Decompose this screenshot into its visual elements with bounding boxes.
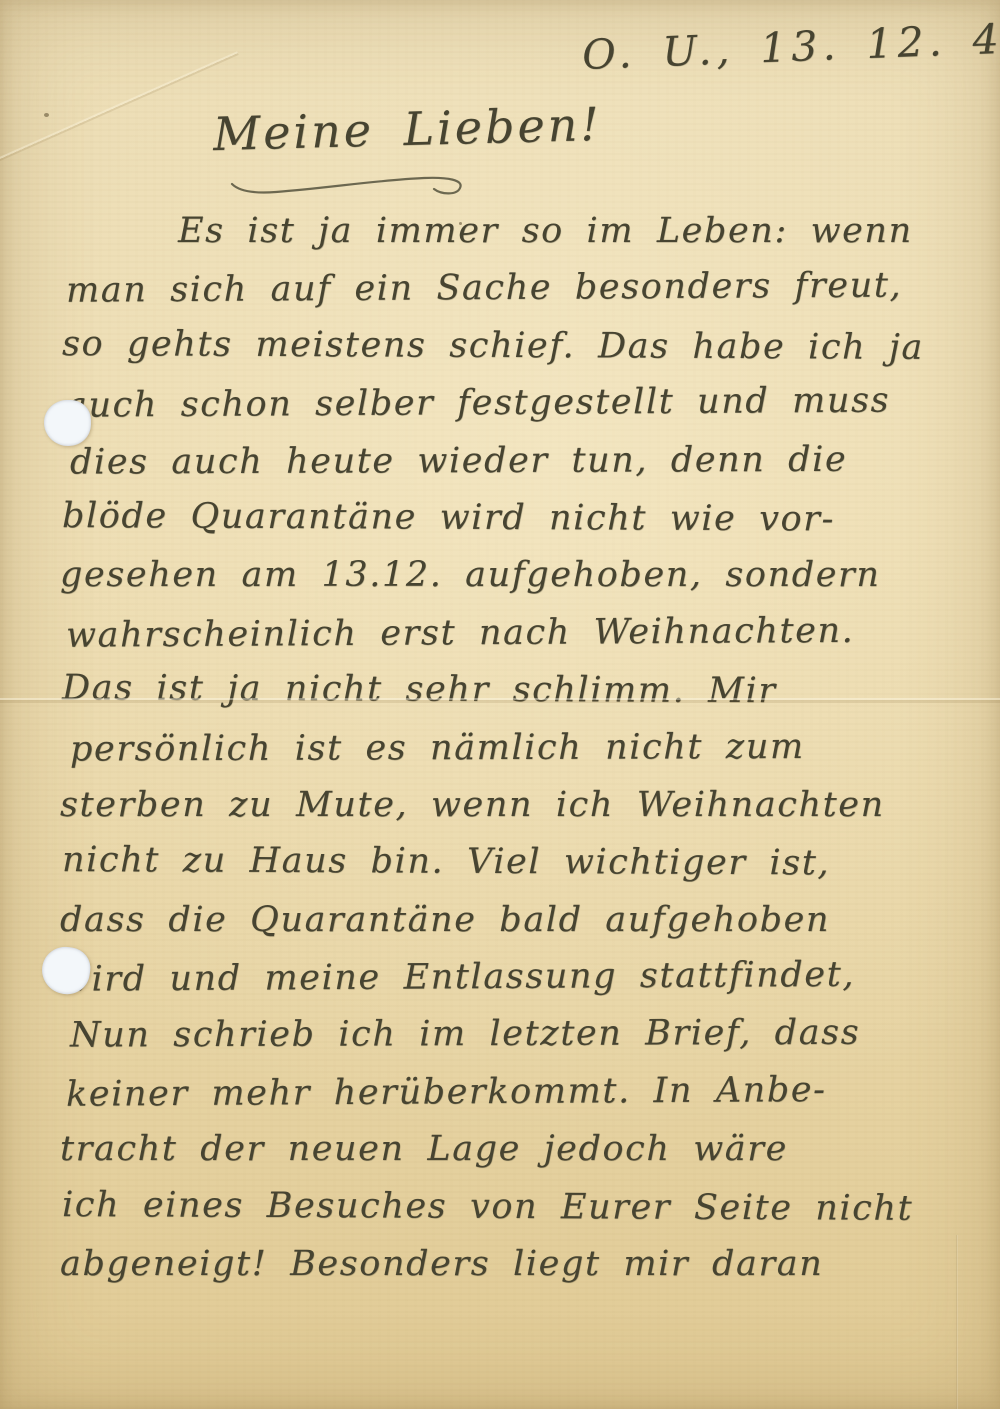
letter-line: blöde Quarantäne wird nicht wie vor- xyxy=(62,488,950,549)
letter-line: auch schon selber festgestellt und muss xyxy=(66,372,950,435)
bottom-right-crease xyxy=(956,1235,958,1409)
date-line: O. U., 13. 12. 43. xyxy=(581,13,1000,79)
letter-line: dies auch heute wieder tun, denn die xyxy=(70,431,950,491)
letter-line: gesehen am 13.12. aufgehoben, sondern xyxy=(60,547,950,604)
letter-line: keiner mehr herüberkommt. In Anbe- xyxy=(66,1061,950,1124)
letter-line: so gehts meistens schief. Das habe ich j… xyxy=(62,316,950,377)
letter-line: persönlich ist es nämlich nicht zum xyxy=(70,718,950,778)
letter-line: Es ist ja immer so im Leben: wenn xyxy=(60,203,950,260)
letter-line: man sich auf ein Sache besonders freut, xyxy=(66,258,950,321)
hole-punch-top xyxy=(44,400,91,446)
letter-page: O. U., 13. 12. 43. Meine Lieben! Es ist … xyxy=(0,0,1000,1409)
paper-speck xyxy=(459,222,462,225)
letter-line: Das ist ja nicht sehr schlimm. Mir xyxy=(62,660,950,721)
letter-line: sterben zu Mute, wenn ich Weihnachten xyxy=(60,777,950,834)
letter-line: tracht der neuen Lage jedoch wäre xyxy=(60,1121,950,1178)
letter-line: ich eines Besuches von Eurer Seite nicht xyxy=(62,1177,950,1238)
horizontal-fold-crease xyxy=(0,698,1000,703)
letter-line: wahrscheinlich erst nach Weihnachten. xyxy=(66,602,950,665)
letter-body: Es ist ja immer so im Leben: wenn man si… xyxy=(60,203,950,1293)
letter-line: wird und meine Entlassung stattfindet, xyxy=(60,946,950,1009)
letter-line: nicht zu Haus bin. Viel wichtiger ist, xyxy=(62,832,950,893)
paper-speck xyxy=(44,113,49,117)
letter-line: Nun schrieb ich im letzten Brief, dass xyxy=(70,1005,950,1065)
salutation: Meine Lieben! xyxy=(212,97,602,161)
top-left-corner-crease xyxy=(0,51,239,169)
letter-line: dass die Quarantäne bald aufgehoben xyxy=(60,892,950,949)
letter-line: abgeneigt! Besonders liegt mir daran xyxy=(60,1236,950,1293)
